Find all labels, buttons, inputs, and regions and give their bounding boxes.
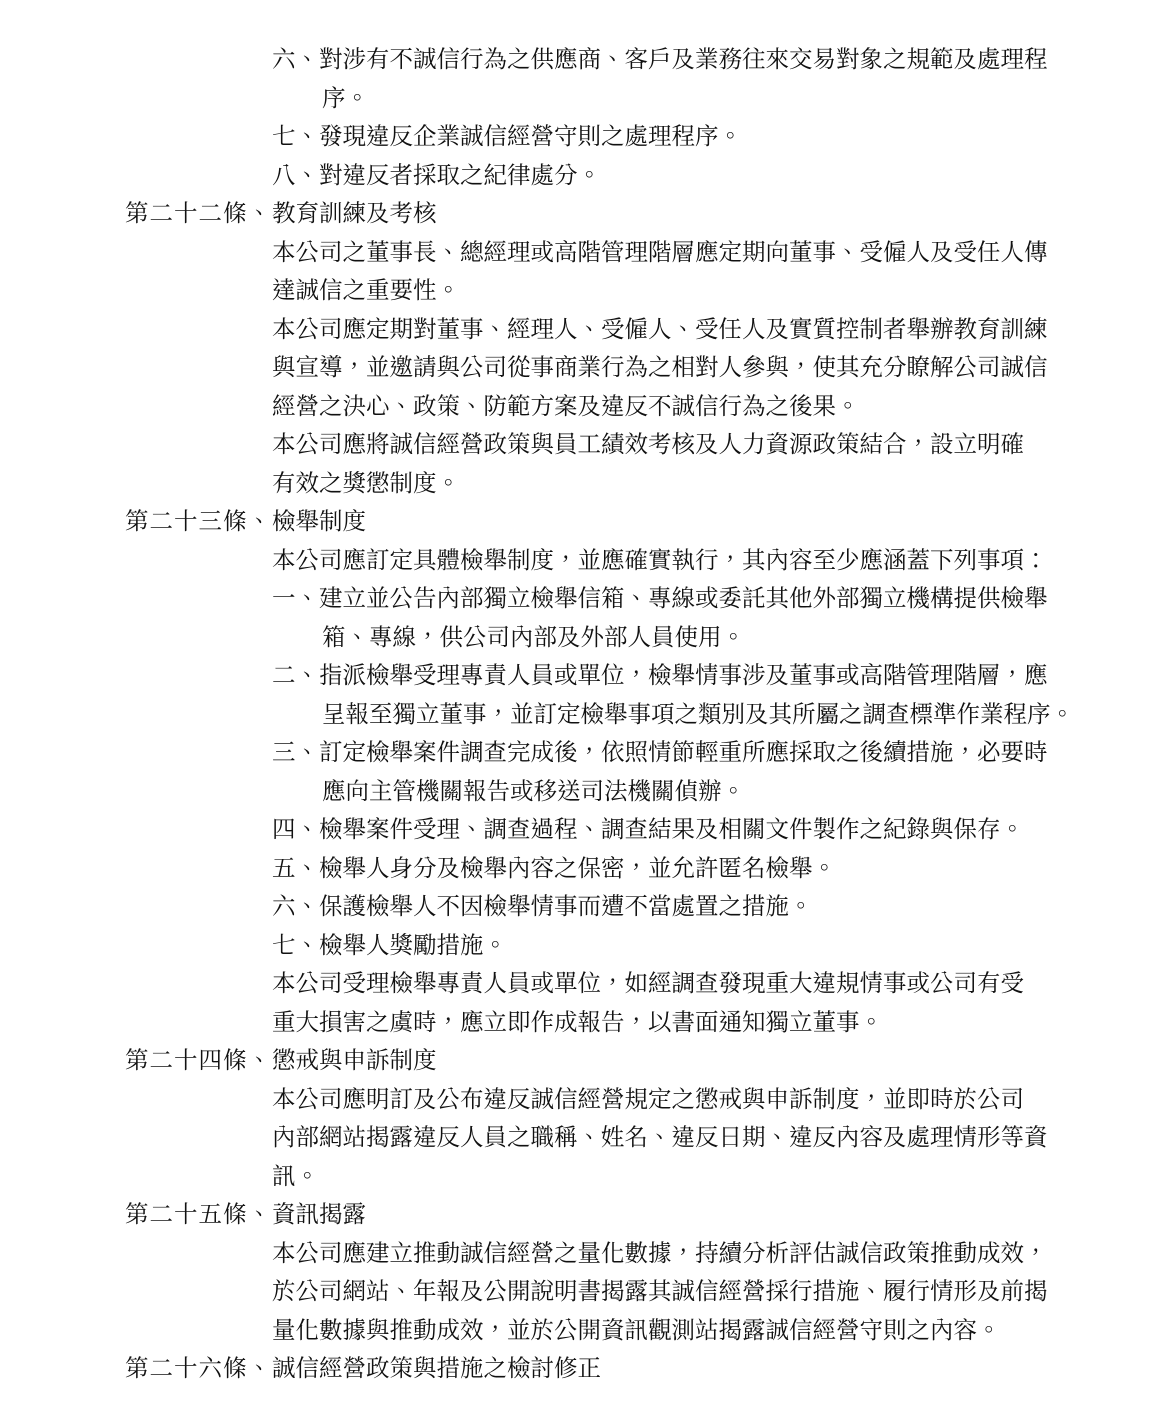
document-body: 六、對涉有不誠信行為之供應商、客戶及業務往來交易對象之規範及處理程序。七、發現違… <box>125 40 1040 1388</box>
text-line: 有效之獎懲制度。 <box>272 464 1040 503</box>
text-line: 本公司應將誠信經營政策與員工績效考核及人力資源政策結合，設立明確 <box>272 425 1040 464</box>
list-item: 七、檢舉人獎勵措施。 <box>272 926 1040 965</box>
text-line: 於公司網站、年報及公開說明書揭露其誠信經營採行措施、履行情形及前揭 <box>272 1272 1040 1311</box>
text-line: 呈報至獨立董事，並訂定檢舉事項之類別及其所屬之調查標準作業程序。 <box>322 695 1040 734</box>
paragraph: 本公司應建立推動誠信經營之量化數據，持續分析評估誠信政策推動成效，於公司網站、年… <box>272 1234 1040 1350</box>
text-line: 本公司受理檢舉專責人員或單位，如經調查發現重大違規情事或公司有受 <box>272 964 1040 1003</box>
text-line: 本公司應建立推動誠信經營之量化數據，持續分析評估誠信政策推動成效， <box>272 1234 1040 1273</box>
text-line: 四、檢舉案件受理、調查過程、調查結果及相關文件製作之紀錄與保存。 <box>272 810 1040 849</box>
text-line: 三、訂定檢舉案件調查完成後，依照情節輕重所應採取之後續措施，必要時 <box>272 733 1040 772</box>
text-line: 檢舉制度 <box>272 502 1040 541</box>
article-content: 檢舉制度本公司應訂定具體檢舉制度，並應確實執行，其內容至少應涵蓋下列事項：一、建… <box>272 502 1040 1041</box>
list-item: 三、訂定檢舉案件調查完成後，依照情節輕重所應採取之後續措施，必要時應向主管機關報… <box>272 733 1040 810</box>
article-title: 懲戒與申訴制度 <box>272 1041 1040 1080</box>
text-line: 資訊揭露 <box>272 1195 1040 1234</box>
list-item: 六、保護檢舉人不因檢舉情事而遭不當處置之措施。 <box>272 887 1040 926</box>
list-item: 八、對違反者採取之紀律處分。 <box>272 156 1040 195</box>
article-row: 第二十六條、誠信經營政策與措施之檢討修正 <box>125 1349 1040 1388</box>
list-item: 六、對涉有不誠信行為之供應商、客戶及業務往來交易對象之規範及處理程序。 <box>272 40 1040 117</box>
list-item: 一、建立並公告內部獨立檢舉信箱、專線或委託其他外部獨立機構提供檢舉箱、專線，供公… <box>272 579 1040 656</box>
article-title: 資訊揭露 <box>272 1195 1040 1234</box>
article-number-label: 第二十三條、 <box>125 502 272 541</box>
text-line: 內部網站揭露違反人員之職稱、姓名、違反日期、違反內容及處理情形等資 <box>272 1118 1040 1157</box>
text-line: 二、指派檢舉受理專責人員或單位，檢舉情事涉及董事或高階管理階層，應 <box>272 656 1040 695</box>
article-content: 誠信經營政策與措施之檢討修正 <box>272 1349 1040 1388</box>
text-line: 誠信經營政策與措施之檢討修正 <box>272 1349 1040 1388</box>
text-line: 訊。 <box>272 1157 1040 1196</box>
list-item: 二、指派檢舉受理專責人員或單位，檢舉情事涉及董事或高階管理階層，應呈報至獨立董事… <box>272 656 1040 733</box>
text-line: 五、檢舉人身分及檢舉內容之保密，並允許匿名檢舉。 <box>272 849 1040 888</box>
text-line: 本公司應定期對董事、經理人、受僱人、受任人及實質控制者舉辦教育訓練 <box>272 310 1040 349</box>
article-number-label: 第二十六條、 <box>125 1349 272 1388</box>
article-content: 懲戒與申訴制度本公司應明訂及公布違反誠信經營規定之懲戒與申訴制度，並即時於公司內… <box>272 1041 1040 1195</box>
list-item: 七、發現違反企業誠信經營守則之處理程序。 <box>272 117 1040 156</box>
article-row: 第二十三條、檢舉制度本公司應訂定具體檢舉制度，並應確實執行，其內容至少應涵蓋下列… <box>125 502 1040 1041</box>
article-row: 六、對涉有不誠信行為之供應商、客戶及業務往來交易對象之規範及處理程序。七、發現違… <box>125 40 1040 194</box>
text-line: 本公司應明訂及公布違反誠信經營規定之懲戒與申訴制度，並即時於公司 <box>272 1080 1040 1119</box>
article-title: 誠信經營政策與措施之檢討修正 <box>272 1349 1040 1388</box>
paragraph: 本公司應將誠信經營政策與員工績效考核及人力資源政策結合，設立明確有效之獎懲制度。 <box>272 425 1040 502</box>
text-line: 達誠信之重要性。 <box>272 271 1040 310</box>
paragraph: 本公司之董事長、總經理或高階管理階層應定期向董事、受僱人及受任人傳達誠信之重要性… <box>272 233 1040 310</box>
text-line: 與宣導，並邀請與公司從事商業行為之相對人參與，使其充分瞭解公司誠信 <box>272 348 1040 387</box>
list-item: 四、檢舉案件受理、調查過程、調查結果及相關文件製作之紀錄與保存。 <box>272 810 1040 849</box>
text-line: 經營之決心、政策、防範方案及違反不誠信行為之後果。 <box>272 387 1040 426</box>
article-title: 檢舉制度 <box>272 502 1040 541</box>
text-line: 一、建立並公告內部獨立檢舉信箱、專線或委託其他外部獨立機構提供檢舉 <box>272 579 1040 618</box>
text-line: 量化數據與推動成效，並於公開資訊觀測站揭露誠信經營守則之內容。 <box>272 1311 1040 1350</box>
list-item: 五、檢舉人身分及檢舉內容之保密，並允許匿名檢舉。 <box>272 849 1040 888</box>
text-line: 重大損害之虞時，應立即作成報告，以書面通知獨立董事。 <box>272 1003 1040 1042</box>
text-line: 六、保護檢舉人不因檢舉情事而遭不當處置之措施。 <box>272 887 1040 926</box>
article-row: 第二十二條、教育訓練及考核本公司之董事長、總經理或高階管理階層應定期向董事、受僱… <box>125 194 1040 502</box>
text-line: 七、檢舉人獎勵措施。 <box>272 926 1040 965</box>
paragraph: 本公司應訂定具體檢舉制度，並應確實執行，其內容至少應涵蓋下列事項： <box>272 541 1040 580</box>
article-content: 教育訓練及考核本公司之董事長、總經理或高階管理階層應定期向董事、受僱人及受任人傳… <box>272 194 1040 502</box>
text-line: 應向主管機關報告或移送司法機關偵辦。 <box>322 772 1040 811</box>
text-line: 序。 <box>322 79 1040 118</box>
article-title: 教育訓練及考核 <box>272 194 1040 233</box>
article-content: 資訊揭露本公司應建立推動誠信經營之量化數據，持續分析評估誠信政策推動成效，於公司… <box>272 1195 1040 1349</box>
text-line: 八、對違反者採取之紀律處分。 <box>272 156 1040 195</box>
text-line: 懲戒與申訴制度 <box>272 1041 1040 1080</box>
text-line: 六、對涉有不誠信行為之供應商、客戶及業務往來交易對象之規範及處理程 <box>272 40 1040 79</box>
paragraph: 本公司受理檢舉專責人員或單位，如經調查發現重大違規情事或公司有受重大損害之虞時，… <box>272 964 1040 1041</box>
article-row: 第二十四條、懲戒與申訴制度本公司應明訂及公布違反誠信經營規定之懲戒與申訴制度，並… <box>125 1041 1040 1195</box>
text-line: 本公司之董事長、總經理或高階管理階層應定期向董事、受僱人及受任人傳 <box>272 233 1040 272</box>
text-line: 七、發現違反企業誠信經營守則之處理程序。 <box>272 117 1040 156</box>
text-line: 教育訓練及考核 <box>272 194 1040 233</box>
article-content: 六、對涉有不誠信行為之供應商、客戶及業務往來交易對象之規範及處理程序。七、發現違… <box>272 40 1040 194</box>
paragraph: 本公司應定期對董事、經理人、受僱人、受任人及實質控制者舉辦教育訓練與宣導，並邀請… <box>272 310 1040 426</box>
article-number-label: 第二十四條、 <box>125 1041 272 1080</box>
text-line: 箱、專線，供公司內部及外部人員使用。 <box>322 618 1040 657</box>
article-number-label: 第二十五條、 <box>125 1195 272 1234</box>
paragraph: 本公司應明訂及公布違反誠信經營規定之懲戒與申訴制度，並即時於公司內部網站揭露違反… <box>272 1080 1040 1196</box>
article-row: 第二十五條、資訊揭露本公司應建立推動誠信經營之量化數據，持續分析評估誠信政策推動… <box>125 1195 1040 1349</box>
article-number-label: 第二十二條、 <box>125 194 272 233</box>
text-line: 本公司應訂定具體檢舉制度，並應確實執行，其內容至少應涵蓋下列事項： <box>272 541 1040 580</box>
